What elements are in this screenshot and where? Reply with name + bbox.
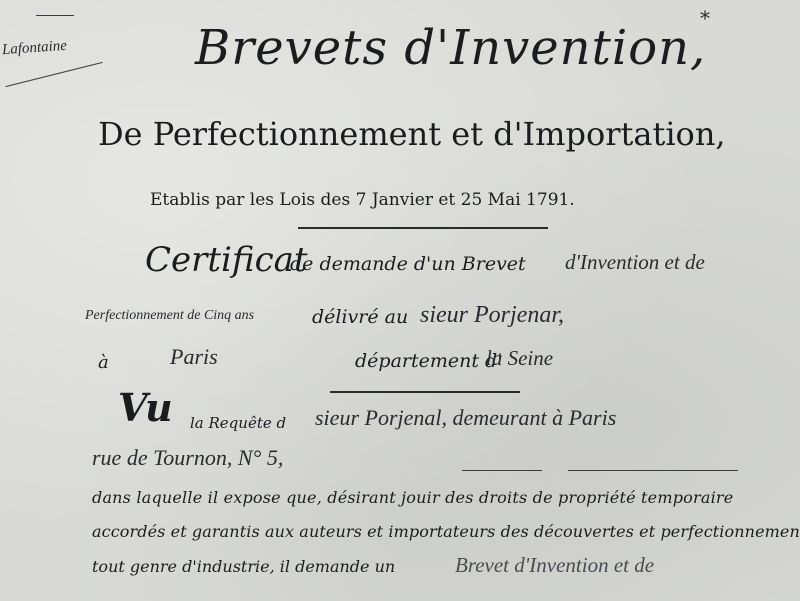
certificate-heading: Certificat: [145, 240, 308, 280]
vu-printed-requete: la Requête d: [190, 414, 286, 432]
blank-line-2: [568, 470, 738, 471]
certificate-city: Paris: [170, 344, 218, 370]
certificate-handwritten-2: Perfectionnement de Cinq ans: [85, 308, 254, 324]
margin-note-overline: [36, 15, 74, 16]
established-line: Etablis par les Lois des 7 Janvier et 25…: [150, 190, 575, 210]
vu-heading: Vu: [118, 385, 173, 430]
body-line-1: dans laquelle il expose que, désirant jo…: [92, 488, 733, 507]
document-title: Brevets d'Invention,: [195, 20, 706, 76]
body-line-2: accordés et garantis aux auteurs et impo…: [92, 522, 800, 541]
blank-line-1: [462, 470, 542, 471]
vu-requester: sieur Porjenal, demeurant à Paris: [315, 405, 616, 431]
certificate-printed-a: à: [98, 352, 109, 373]
certificate-printed-dept: département d': [355, 350, 502, 372]
margin-note-underline: [5, 62, 102, 87]
document-subtitle: De Perfectionnement et d'Importation,: [98, 115, 726, 153]
certificate-dept: la Seine: [486, 346, 553, 371]
section-divider: [298, 227, 548, 229]
margin-note: Lafontaine: [1, 38, 67, 59]
certificate-divider: [330, 391, 520, 393]
certificate-printed-1: de demande d'un Brevet: [290, 253, 526, 275]
certificate-handwritten-1: d'Invention et de: [565, 250, 705, 275]
body-line-3: tout genre d'industrie, il demande un: [92, 557, 395, 576]
body-handwritten-end: Brevet d'Invention et de: [455, 553, 654, 578]
vu-street: rue de Tournon, N° 5,: [92, 445, 283, 471]
certificate-printed-2: délivré au: [312, 306, 408, 328]
certificate-handwritten-3: sieur Porjenar,: [420, 302, 564, 329]
